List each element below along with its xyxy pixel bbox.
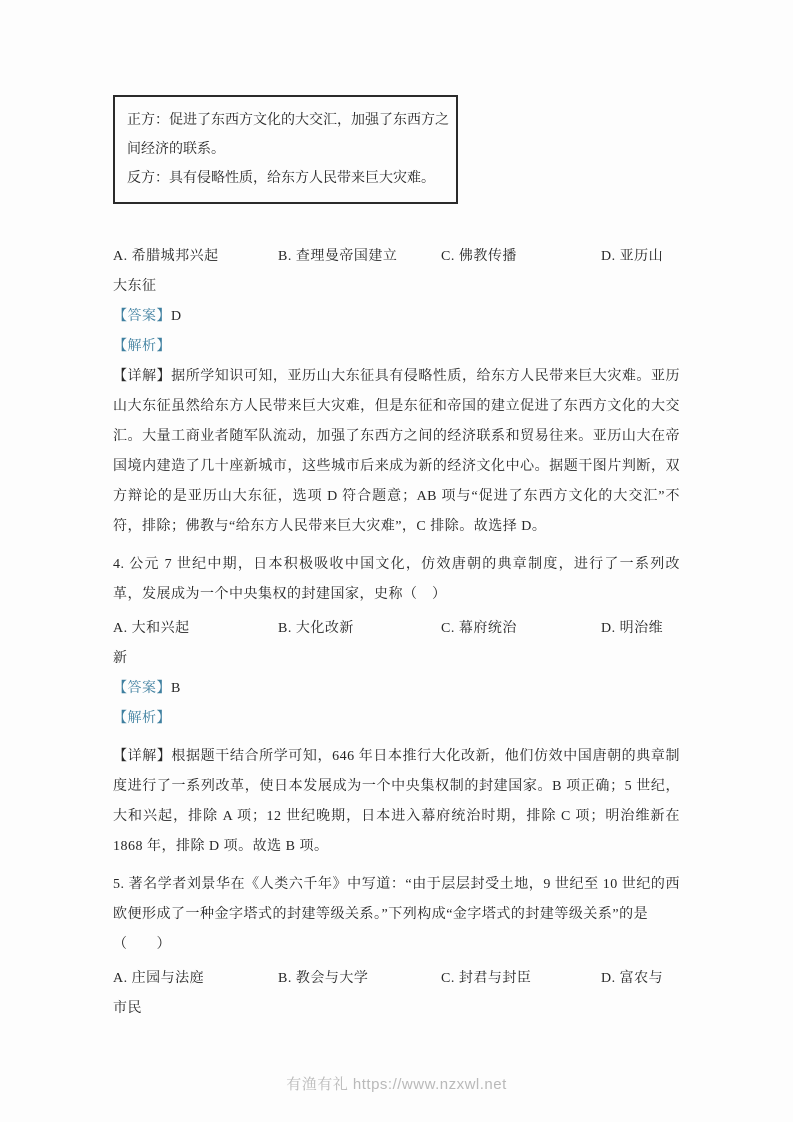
q3-options-row: A. 希腊城邦兴起 B. 查理曼帝国建立 C. 佛教传播 D. 亚历山 (113, 242, 680, 272)
q5-option-c: C. 封君与封臣 (441, 964, 601, 994)
q3-answer-line: 【答案】D (113, 302, 680, 332)
footer-url-link[interactable]: https://www.nzxwl.net (353, 1076, 507, 1093)
q5-paren-line: （ ） (113, 930, 680, 960)
q5-stem: 5. 著名学者刘景华在《人类六千年》中写道：“由于层层封受土地，9 世纪至 10… (113, 870, 680, 930)
debate-table-box: 正方：促进了东西方文化的大交汇，加强了东西方之 间经济的联系。 反方：具有侵略性… (113, 95, 458, 204)
q4-option-a: A. 大和兴起 (113, 614, 278, 644)
q3-answer-value: D (171, 309, 182, 324)
q5-options-row: A. 庄园与法庭 B. 教会与大学 C. 封君与封臣 D. 富农与 (113, 964, 680, 994)
q3-analysis-line: 【解析】 (113, 332, 680, 362)
q5-option-d: D. 富农与 (601, 964, 680, 994)
debate-con-line: 反方：具有侵略性质，给东方人民带来巨大灾难。 (127, 164, 444, 193)
q3-answer-label: 【答案】 (113, 309, 171, 324)
q4-analysis-label: 【解析】 (113, 711, 171, 726)
q3-option-c: C. 佛教传播 (441, 242, 601, 272)
debate-pro-line-1: 正方：促进了东西方文化的大交汇，加强了东西方之 (127, 106, 444, 135)
q4-options-row: A. 大和兴起 B. 大化改新 C. 幕府统治 D. 明治维 (113, 614, 680, 644)
q4-detail-paragraph: 【详解】根据题干结合所学可知，646 年日本推行大化改新，他们仿效中国唐朝的典章… (113, 742, 680, 862)
q3-option-d-wrap: 大东征 (113, 272, 680, 302)
page-content: 正方：促进了东西方文化的大交汇，加强了东西方之 间经济的联系。 反方：具有侵略性… (113, 95, 680, 1024)
q4-option-b: B. 大化改新 (278, 614, 441, 644)
q4-answer-line: 【答案】B (113, 674, 680, 704)
footer-watermark: 有渔有礼 https://www.nzxwl.net (0, 1073, 793, 1094)
q3-option-b: B. 查理曼帝国建立 (278, 242, 441, 272)
q4-answer-label: 【答案】 (113, 681, 171, 696)
q4-answer-value: B (171, 681, 181, 696)
q4-analysis-line: 【解析】 (113, 704, 680, 734)
footer-brand: 有渔有礼 (286, 1076, 348, 1093)
document-page: 正方：促进了东西方文化的大交汇，加强了东西方之 间经济的联系。 反方：具有侵略性… (0, 0, 793, 1122)
debate-pro-line-2: 间经济的联系。 (127, 135, 444, 164)
q5-option-d-wrap: 市民 (113, 994, 680, 1024)
q3-option-d: D. 亚历山 (601, 242, 680, 272)
q5-option-a: A. 庄园与法庭 (113, 964, 278, 994)
q3-option-a: A. 希腊城邦兴起 (113, 242, 278, 272)
q3-detail-paragraph: 【详解】据所学知识可知，亚历山大东征具有侵略性质，给东方人民带来巨大灾难。亚历山… (113, 362, 680, 542)
q4-option-d: D. 明治维 (601, 614, 680, 644)
q5-option-b: B. 教会与大学 (278, 964, 441, 994)
q4-stem: 4. 公元 7 世纪中期，日本积极吸收中国文化，仿效唐朝的典章制度，进行了一系列… (113, 550, 680, 610)
q4-option-c: C. 幕府统治 (441, 614, 601, 644)
q4-option-d-wrap: 新 (113, 644, 680, 674)
q3-analysis-label: 【解析】 (113, 339, 171, 354)
